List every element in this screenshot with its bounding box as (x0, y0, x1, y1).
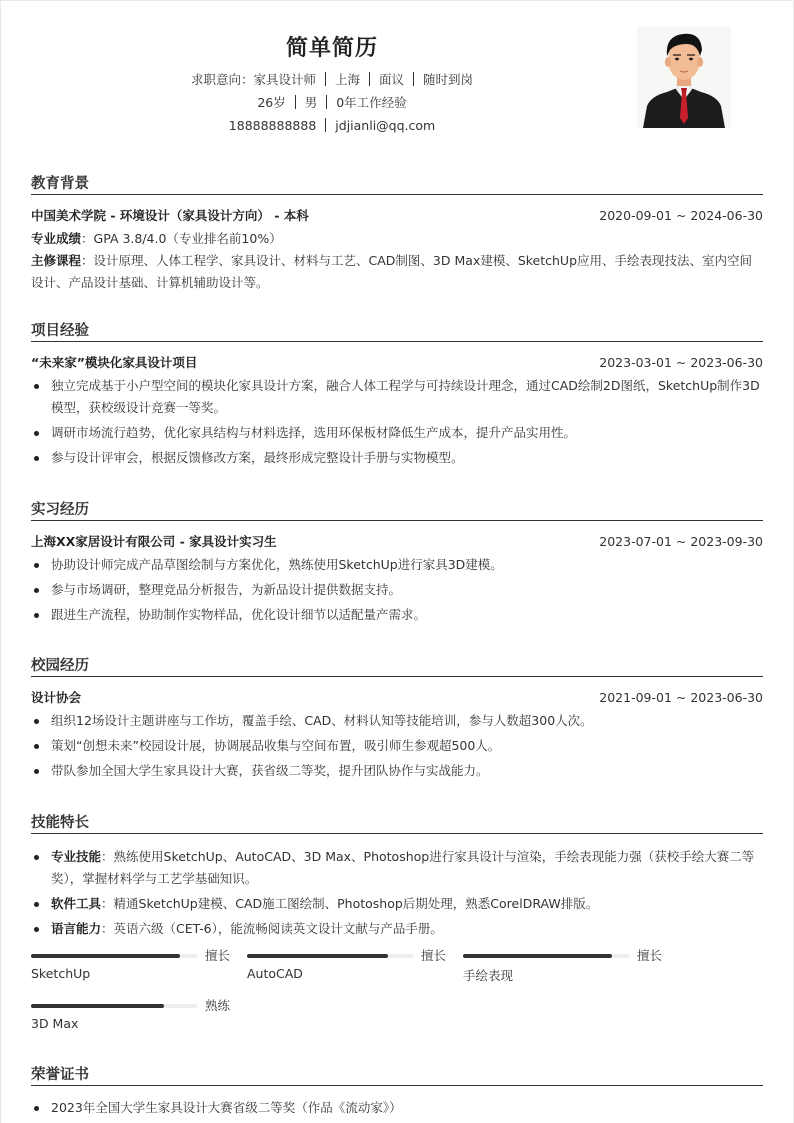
skill-label: 语言能力 (51, 921, 101, 936)
skill-name: SketchUp (31, 966, 90, 981)
section-project: 项目经验 “未来家”模块化家具设计项目 2023-03-01 ~ 2023-06… (31, 320, 763, 472)
date-range: 2023-07-01 ~ 2023-09-30 (599, 533, 763, 551)
campus-entry-head: 设计协会 2021-09-01 ~ 2023-06-30 (31, 689, 763, 707)
courses-value: ：设计原理、人体工程学、家具设计、材料与工艺、CAD制图、3D Max建模、Sk… (31, 253, 752, 290)
skills-bullets: 专业技能：熟练使用SketchUp、AutoCAD、3D Max、Photosh… (31, 846, 763, 940)
skill-label: 软件工具 (51, 896, 101, 911)
section-title: 教育背景 (31, 173, 763, 195)
availability: 随时到岗 (423, 72, 473, 87)
skill-level: 擅长 (637, 946, 662, 964)
progress-track (31, 1004, 197, 1008)
section-title: 荣誉证书 (31, 1064, 763, 1086)
courses-line: 主修课程：设计原理、人体工程学、家具设计、材料与工艺、CAD制图、3D Max建… (31, 250, 763, 294)
resume-page: 简单简历 求职意向：家具设计师上海面议随时到岗 26岁男0年工作经验 18888… (1, 1, 793, 1123)
skill-bars: 擅长 SketchUp 擅长 AutoCAD 擅长 手绘表现 熟练 3D Max (31, 948, 763, 1038)
list-item: 协助设计师完成产品草图绘制与方案优化，熟练使用SketchUp进行家具3D建模。 (31, 554, 763, 576)
section-skills: 技能特长 专业技能：熟练使用SketchUp、AutoCAD、3D Max、Ph… (31, 812, 763, 1038)
progress-fill (31, 1004, 164, 1008)
date-range: 2023-03-01 ~ 2023-06-30 (599, 354, 763, 372)
location: 上海 (335, 72, 360, 87)
resume-header: 简单简历 求职意向：家具设计师上海面议随时到岗 26岁男0年工作经验 18888… (1, 1, 793, 161)
project-entry-head: “未来家”模块化家具设计项目 2023-03-01 ~ 2023-06-30 (31, 354, 763, 372)
list-item: 带队参加全国大学生家具设计大赛，获省级二等奖，提升团队协作与实战能力。 (31, 760, 763, 782)
section-title-text: 实习经历 (31, 499, 763, 521)
campus-bullets: 组织12场设计主题讲座与工作坊，覆盖手绘、CAD、材料认知等技能培训，参与人数超… (31, 710, 763, 782)
date-range: 2020-09-01 ~ 2024-06-30 (599, 207, 763, 225)
skill-bar-hand-drawing: 擅长 手绘表现 (463, 948, 673, 988)
progress-track (463, 954, 629, 958)
list-item: 独立完成基于小户型空间的模块化家具设计方案，融合人体工程学与可持续设计理念，通过… (31, 375, 763, 419)
section-title: 项目经验 (31, 320, 763, 342)
divider (325, 118, 326, 132)
list-item: 2023年全国大学生家具设计大赛省级二等奖（作品《流动家》） (31, 1097, 763, 1119)
section-title-text: 荣誉证书 (31, 1064, 763, 1086)
progress-fill (463, 954, 612, 958)
skill-label: 专业技能 (51, 849, 101, 864)
contact-line: 18888888888jdjianli@qq.com (1, 117, 663, 135)
skill-text: ：英语六级（CET-6），能流畅阅读英文设计文献与产品手册。 (101, 921, 443, 936)
skill-bar-3dmax: 熟练 3D Max (31, 998, 241, 1038)
section-title: 实习经历 (31, 499, 763, 521)
gender: 男 (305, 95, 318, 110)
section-education: 教育背景 中国美术学院 - 环境设计（家具设计方向） - 本科 2020-09-… (31, 173, 763, 294)
skill-bar-autocad: 擅长 AutoCAD (247, 948, 457, 988)
list-item: 专业技能：熟练使用SketchUp、AutoCAD、3D Max、Photosh… (31, 846, 763, 890)
education-entry-head: 中国美术学院 - 环境设计（家具设计方向） - 本科 2020-09-01 ~ … (31, 207, 763, 225)
section-title-text: 项目经验 (31, 320, 763, 342)
section-title: 校园经历 (31, 655, 763, 677)
divider (369, 72, 370, 86)
list-item: 参与市场调研，整理竞品分析报告，为新品设计提供数据支持。 (31, 579, 763, 601)
grade-line: 专业成绩：GPA 3.8/4.0（专业排名前10%） (31, 228, 763, 250)
list-item: 参与设计评审会，根据反馈修改方案，最终形成完整设计手册与实物模型。 (31, 447, 763, 469)
job-intent-line: 求职意向：家具设计师上海面议随时到岗 (1, 71, 663, 89)
email: jdjianli@qq.com (335, 118, 435, 133)
skill-text: ：熟练使用SketchUp、AutoCAD、3D Max、Photoshop进行… (51, 849, 754, 886)
skill-level: 擅长 (205, 946, 230, 964)
skill-text: ：精通SketchUp建模、CAD施工图绘制、Photoshop后期处理，熟悉C… (101, 896, 598, 911)
list-item: 语言能力：英语六级（CET-6），能流畅阅读英文设计文献与产品手册。 (31, 918, 763, 940)
list-item: 软件工具：精通SketchUp建模、CAD施工图绘制、Photoshop后期处理… (31, 893, 763, 915)
experience-years: 0年工作经验 (336, 95, 406, 110)
divider (413, 72, 414, 86)
list-item: 策划“创想未来”校园设计展，协调展品收集与空间布置，吸引师生参观超500人。 (31, 735, 763, 757)
section-honors: 荣誉证书 2023年全国大学生家具设计大赛省级二等奖（作品《流动家》） (31, 1064, 763, 1122)
section-internship: 实习经历 上海XX家居设计有限公司 - 家具设计实习生 2023-07-01 ~… (31, 499, 763, 629)
personal-info-line: 26岁男0年工作经验 (1, 94, 663, 112)
grade-label: 专业成绩 (31, 231, 81, 246)
progress-fill (247, 954, 388, 958)
skill-name: AutoCAD (247, 966, 303, 981)
project-name: “未来家”模块化家具设计项目 (31, 355, 197, 370)
divider (325, 72, 326, 86)
salary: 面议 (379, 72, 404, 87)
list-item: 调研市场流行趋势，优化家具结构与材料选择，选用环保板材降低生产成本，提升产品实用… (31, 422, 763, 444)
honors-bullets: 2023年全国大学生家具设计大赛省级二等奖（作品《流动家》） (31, 1097, 763, 1119)
progress-fill (31, 954, 180, 958)
skill-name: 手绘表现 (463, 966, 513, 984)
divider (295, 95, 296, 109)
progress-track (247, 954, 413, 958)
phone: 18888888888 (229, 118, 316, 133)
section-title-text: 校园经历 (31, 655, 763, 677)
organization: 设计协会 (31, 690, 81, 705)
divider (326, 95, 327, 109)
resume-name: 简单简历 (1, 31, 663, 62)
avatar-illustration-icon (637, 26, 731, 128)
list-item: 跟进生产流程，协助制作实物样品，优化设计细节以适配量产需求。 (31, 604, 763, 626)
section-title: 技能特长 (31, 812, 763, 834)
age: 26岁 (257, 95, 285, 110)
skill-level: 熟练 (205, 996, 230, 1014)
skill-level: 擅长 (421, 946, 446, 964)
courses-label: 主修课程 (31, 253, 81, 268)
avatar (637, 26, 731, 128)
skill-name: 3D Max (31, 1016, 78, 1031)
section-title-text: 技能特长 (31, 812, 763, 834)
job-intent: 求职意向：家具设计师 (191, 72, 316, 87)
progress-track (31, 954, 197, 958)
company-role: 上海XX家居设计有限公司 - 家具设计实习生 (31, 534, 277, 549)
skill-bar-sketchup: 擅长 SketchUp (31, 948, 241, 988)
internship-entry-head: 上海XX家居设计有限公司 - 家具设计实习生 2023-07-01 ~ 2023… (31, 533, 763, 551)
date-range: 2021-09-01 ~ 2023-06-30 (599, 689, 763, 707)
section-campus: 校园经历 设计协会 2021-09-01 ~ 2023-06-30 组织12场设… (31, 655, 763, 785)
internship-bullets: 协助设计师完成产品草图绘制与方案优化，熟练使用SketchUp进行家具3D建模。… (31, 554, 763, 626)
section-title-text: 教育背景 (31, 173, 763, 195)
project-bullets: 独立完成基于小户型空间的模块化家具设计方案，融合人体工程学与可持续设计理念，通过… (31, 375, 763, 469)
school-degree: 中国美术学院 - 环境设计（家具设计方向） - 本科 (31, 208, 309, 223)
grade-value: ：GPA 3.8/4.0（专业排名前10%） (81, 231, 282, 246)
list-item: 组织12场设计主题讲座与工作坊，覆盖手绘、CAD、材料认知等技能培训，参与人数超… (31, 710, 763, 732)
